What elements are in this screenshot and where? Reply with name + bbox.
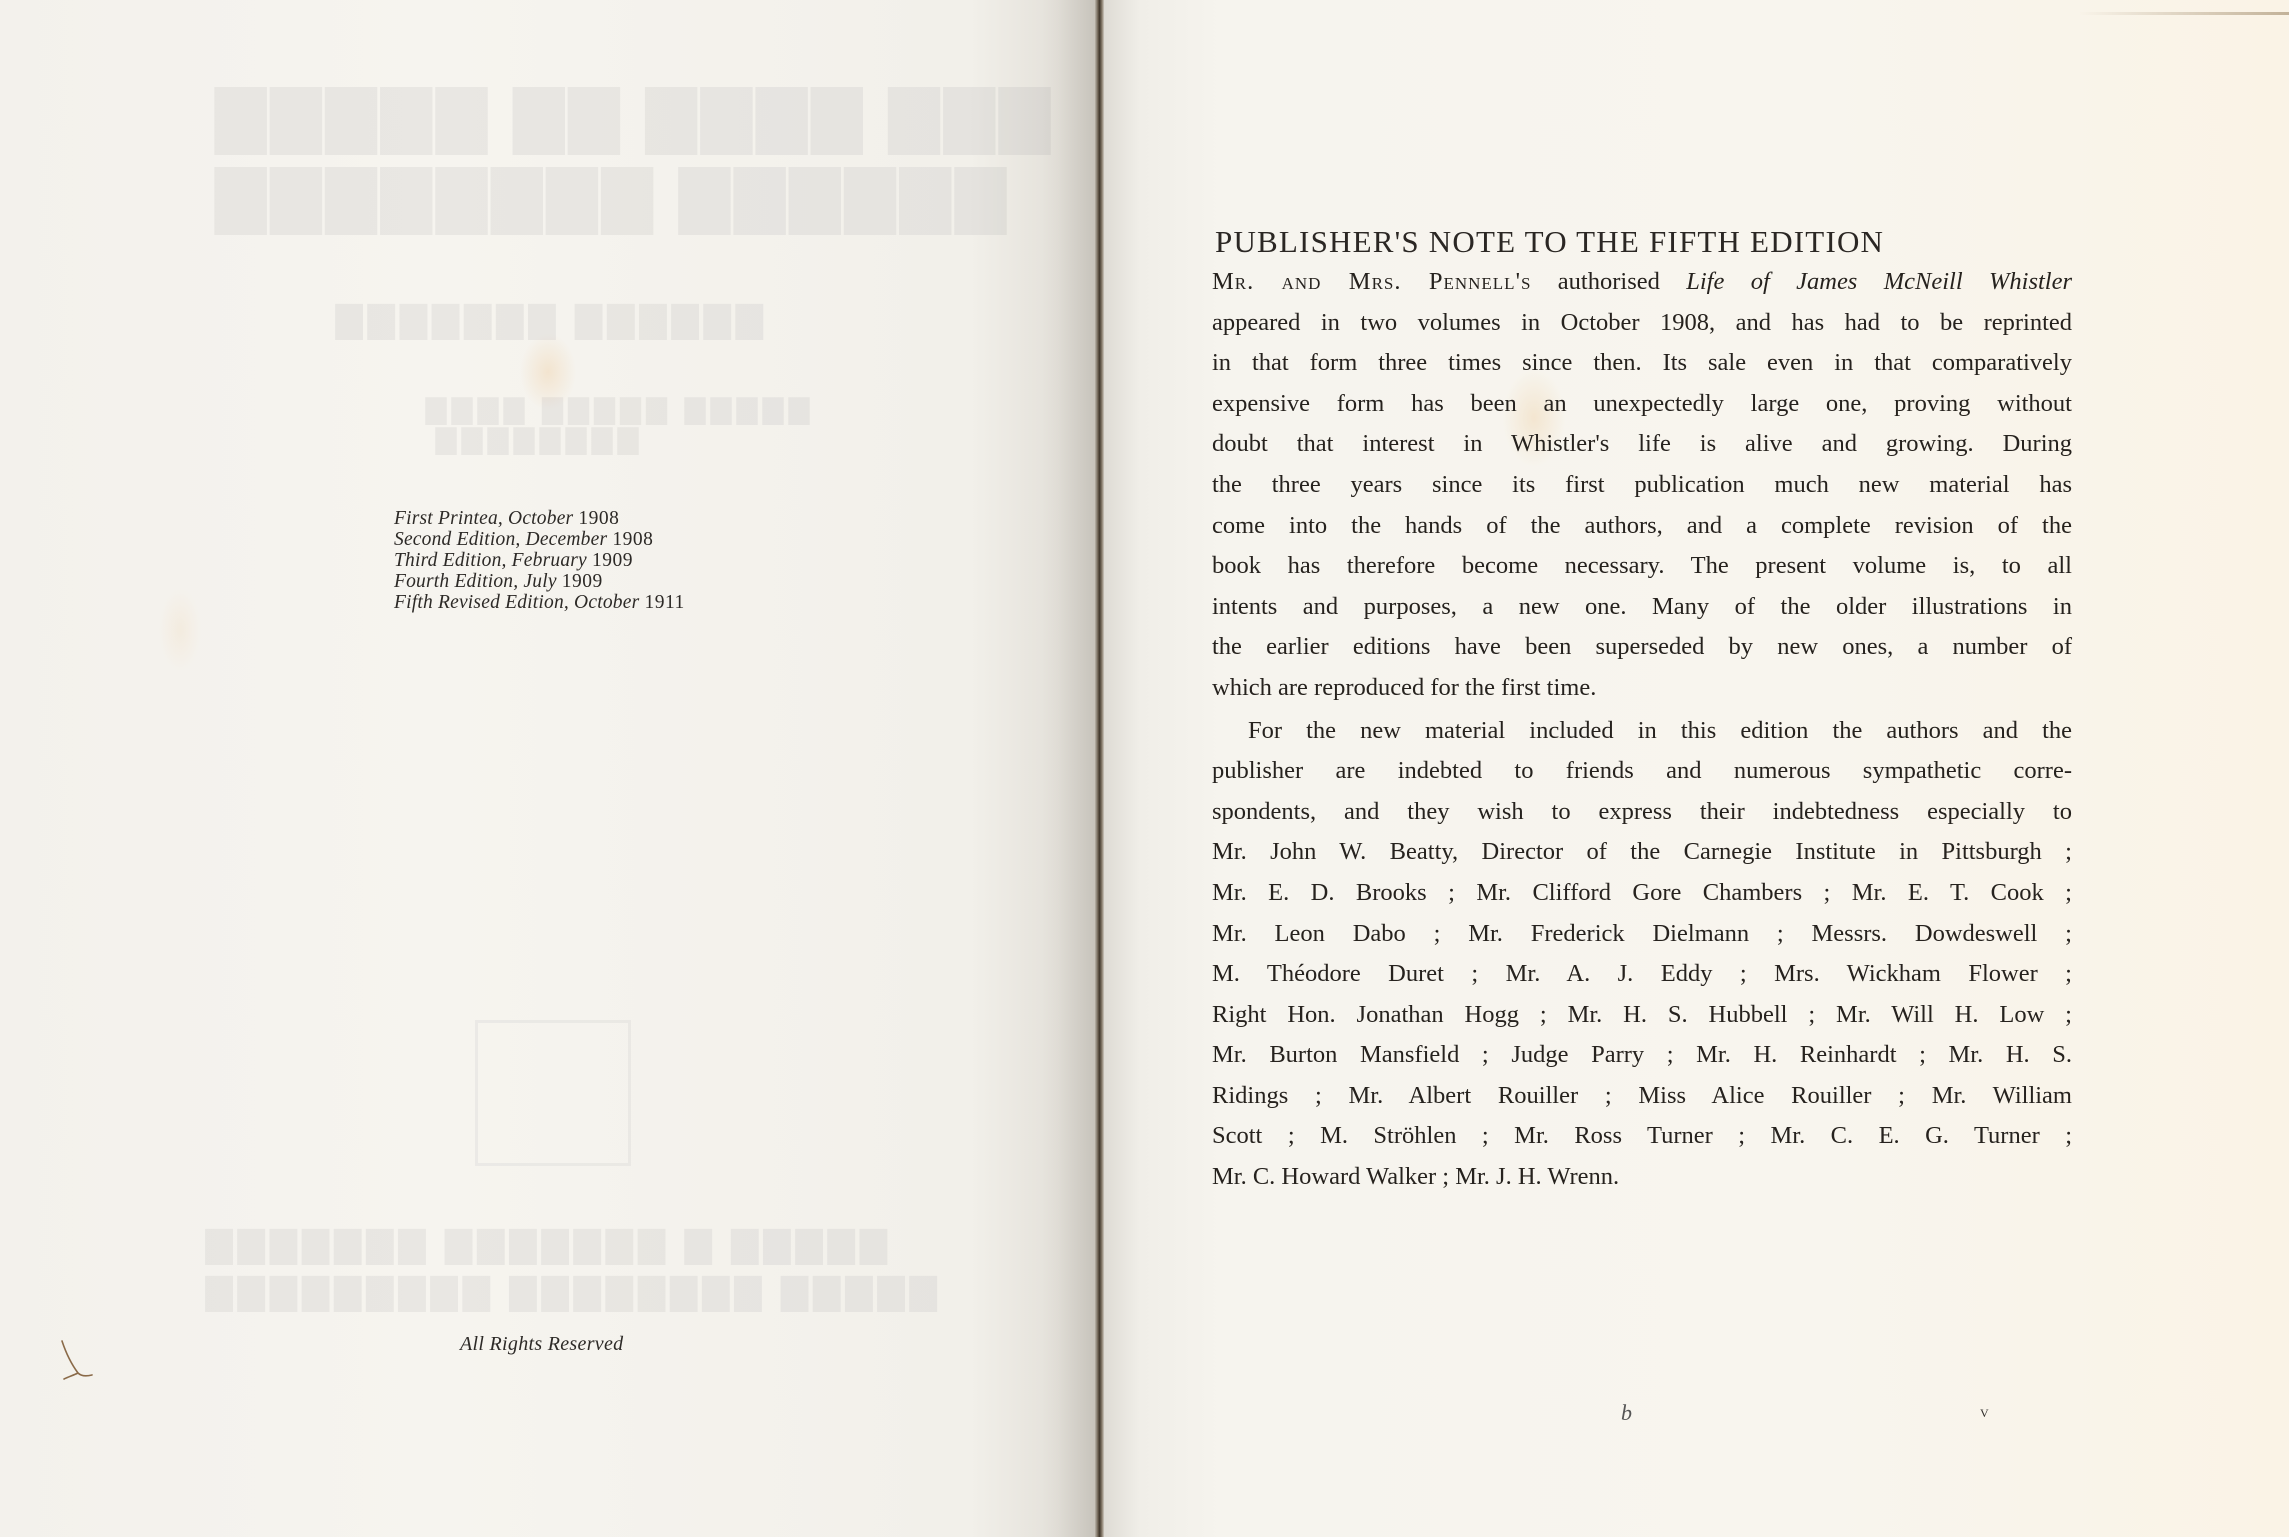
edition-history: First Printea, October 1908 Second Editi…	[394, 508, 685, 613]
text-line: Mr. C. Howard Walker ; Mr. J. H. Wrenn.	[1212, 1157, 2072, 1198]
text-line: Ridings ; Mr. Albert Rouiller ; Miss Ali…	[1212, 1076, 2072, 1117]
book-title: Life of James McNeill Whistler	[1686, 268, 2072, 295]
text-line: appeared in two volumes in October 1908,…	[1212, 303, 2072, 344]
text-line: Mr. and Mrs. Pennell's authorised Life o…	[1212, 262, 2072, 303]
text-line: Mr. John W. Beatty, Director of the Carn…	[1212, 832, 2072, 873]
pencil-mark-icon	[58, 1335, 98, 1385]
text-line: the earlier editions have been supersede…	[1212, 627, 2072, 668]
show-through-text: ▇▇▇▇▇ ▇▇▇▇▇▇▇▇ ▇▇▇▇▇▇▇▇▇	[200, 1272, 936, 1312]
paragraph-1: Mr. and Mrs. Pennell's authorised Life o…	[1212, 262, 2072, 709]
text-line: For the new material included in this ed…	[1212, 711, 2072, 752]
show-through-text: ▇▇▇▇▇▇ ▇▇▇▇▇▇▇▇	[210, 160, 1005, 234]
text-line: Mr. Burton Mansfield ; Judge Parry ; Mr.…	[1212, 1035, 2072, 1076]
show-through-text: ▇▇▇ ▇▇▇▇ ▇▇ ▇▇▇▇▇	[210, 80, 1049, 154]
text-line: M. Théodore Duret ; Mr. A. J. Eddy ; Mrs…	[1212, 954, 2072, 995]
text-line: Right Hon. Jonathan Hogg ; Mr. H. S. Hub…	[1212, 995, 2072, 1036]
text-line: Mr. E. D. Brooks ; Mr. Clifford Gore Cha…	[1212, 873, 2072, 914]
text-line: which are reproduced for the first time.	[1212, 668, 2072, 709]
left-page: ▇▇▇ ▇▇▇▇ ▇▇ ▇▇▇▇▇ ▇▇▇▇▇▇ ▇▇▇▇▇▇▇▇ ▇▇▇▇▇▇…	[0, 0, 1102, 1537]
signature-mark: b	[1621, 1400, 1632, 1426]
show-through-text: ▇▇▇▇▇ ▇ ▇▇▇▇▇▇▇ ▇▇▇▇▇▇▇	[200, 1225, 886, 1265]
edition-line: Second Edition, December 1908	[394, 529, 685, 550]
all-rights-reserved: All Rights Reserved	[460, 1333, 623, 1356]
paragraph-2: For the new material included in this ed…	[1212, 711, 2072, 1198]
show-through-publisher-device	[475, 1020, 631, 1166]
text-line: book has therefore become necessary. The…	[1212, 546, 2072, 587]
page-title: PUBLISHER'S NOTE TO THE FIFTH EDITION	[1215, 222, 2072, 262]
right-page: PUBLISHER'S NOTE TO THE FIFTH EDITION Mr…	[1104, 0, 2289, 1537]
text-line: doubt that interest in Whistler's life i…	[1212, 424, 2072, 465]
text-line: expensive form has been an unexpectedly …	[1212, 384, 2072, 425]
text-line: intents and purposes, a new one. Many of…	[1212, 587, 2072, 628]
text-line: come into the hands of the authors, and …	[1212, 506, 2072, 547]
edition-line: First Printea, October 1908	[394, 508, 685, 529]
show-through-text: ▇▇▇▇▇▇▇▇	[430, 425, 638, 455]
book-spread: ▇▇▇ ▇▇▇▇ ▇▇ ▇▇▇▇▇ ▇▇▇▇▇▇ ▇▇▇▇▇▇▇▇ ▇▇▇▇▇▇…	[0, 0, 2289, 1537]
publishers-note: PUBLISHER'S NOTE TO THE FIFTH EDITION Mr…	[1212, 222, 2072, 1198]
text-line: Scott ; M. Ströhlen ; Mr. Ross Turner ; …	[1212, 1116, 2072, 1157]
show-through-text: ▇▇▇▇▇ ▇▇▇▇▇ ▇▇▇▇	[420, 395, 809, 425]
text-line: the three years since its first publicat…	[1212, 465, 2072, 506]
book-gutter	[1094, 0, 1104, 1537]
text-line: publisher are indebted to friends and nu…	[1212, 751, 2072, 792]
text-line: spondents, and they wish to express thei…	[1212, 792, 2072, 833]
text-line: in that form three times since then. Its…	[1212, 343, 2072, 384]
edition-line: Fifth Revised Edition, October 1911	[394, 592, 685, 613]
page-edge	[2079, 12, 2289, 15]
edition-line: Third Edition, February 1909	[394, 550, 685, 571]
show-through-text: ▇▇▇▇▇▇ ▇▇▇▇▇▇▇	[330, 300, 762, 340]
text-line: Mr. Leon Dabo ; Mr. Frederick Dielmann ;…	[1212, 914, 2072, 955]
edition-line: Fourth Edition, July 1909	[394, 571, 685, 592]
page-number: v	[1980, 1402, 1989, 1422]
